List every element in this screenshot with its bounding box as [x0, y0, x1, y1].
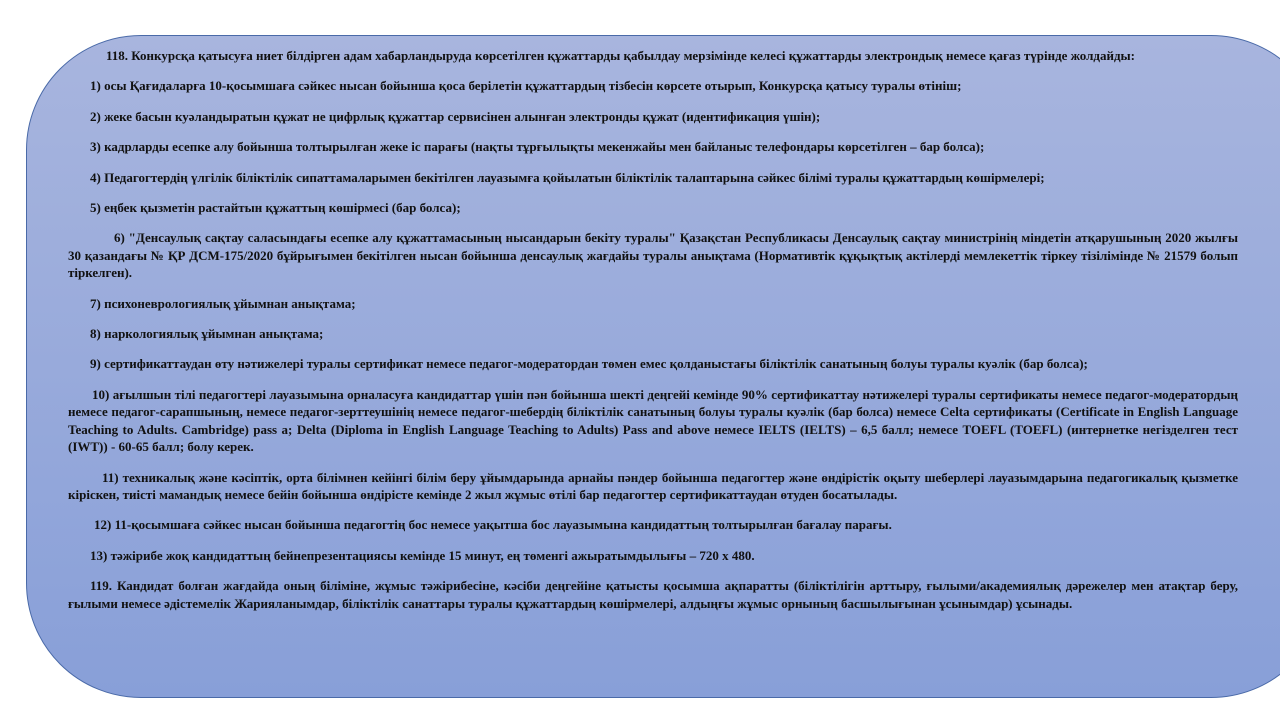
list-item-13: 13) тәжірибе жоқ кандидаттың бейнепрезен…	[68, 547, 1238, 564]
list-item-7: 7) психоневрологиялық ұйымнан анықтама;	[68, 295, 1238, 312]
list-item-9: 9) сертификаттаудан өту нәтижелері турал…	[68, 355, 1238, 372]
list-item-1: 1) осы Қағидаларға 10-қосымшаға сәйкес н…	[68, 77, 1238, 94]
slide-text-block: 118. Конкурсқа қатысуға ниет білдірген а…	[68, 47, 1238, 612]
list-item-6: 6) "Денсаулық сақтау саласындағы есепке …	[68, 229, 1238, 281]
list-item-12: 12) 11-қосымшаға сәйкес нысан бойынша пе…	[68, 516, 1238, 533]
list-item-4: 4) Педагогтердің үлгілік біліктілік сипа…	[68, 169, 1238, 186]
paragraph-118: 118. Конкурсқа қатысуға ниет білдірген а…	[68, 47, 1238, 64]
list-item-5: 5) еңбек қызметін растайтын құжаттың көш…	[68, 199, 1238, 216]
list-item-3: 3) кадрларды есепке алу бойынша толтырыл…	[68, 138, 1238, 155]
list-item-2: 2) жеке басын куәландыратын құжат не циф…	[68, 108, 1238, 125]
list-item-11: 11) техникалық және кәсіптік, орта білім…	[68, 469, 1238, 504]
paragraph-119: 119. Кандидат болған жағдайда оның білім…	[68, 577, 1238, 612]
list-item-8: 8) наркологиялық ұйымнан анықтама;	[68, 325, 1238, 342]
list-item-10: 10) ағылшын тілі педагогтері лауазымына …	[68, 386, 1238, 456]
